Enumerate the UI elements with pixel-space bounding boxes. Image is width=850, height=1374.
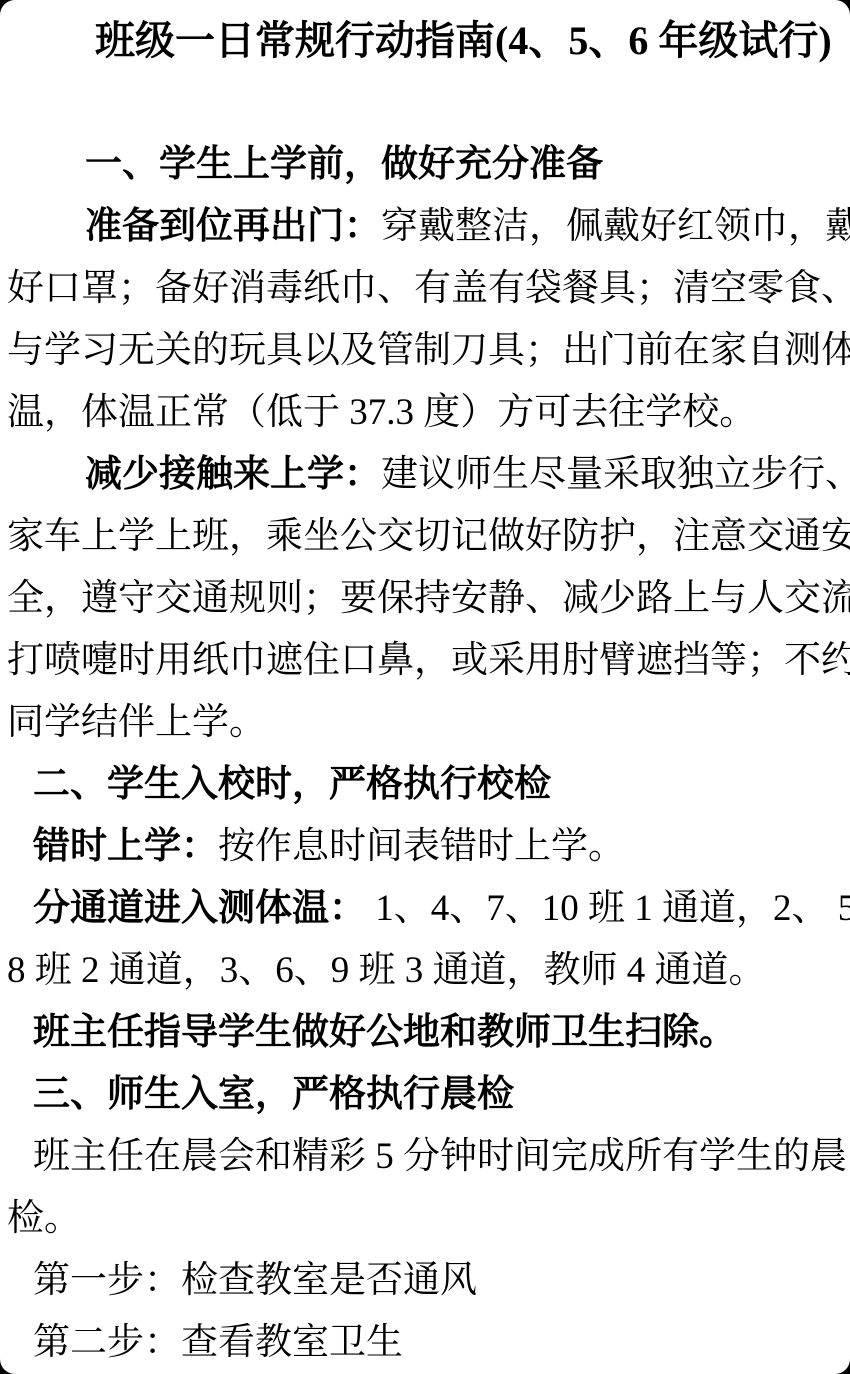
document-line: 打喷嚏时用纸巾遮住口鼻，或采用肘臂遮挡等；不约 [7, 630, 843, 692]
document-text-bold: 减少接触来上学： [85, 454, 381, 495]
document-text: 温，体温正常（低于 37.3 度）方可去往学校。 [7, 392, 756, 433]
document-line: 准备到位再出门：穿戴整洁，佩戴好红领巾，戴 [7, 196, 843, 258]
document-line: 检。 [7, 1188, 843, 1250]
document-text: 打喷嚏时用纸巾遮住口鼻，或采用肘臂遮挡等；不约 [7, 640, 850, 681]
document-text: 好口罩；备好消毒纸巾、有盖有袋餐具；清空零食、 [7, 268, 850, 309]
document-line: 一、学生上学前，做好充分准备 [7, 134, 843, 196]
document-page: 班级一日常规行动指南(4、5、6 年级试行) 一、学生上学前，做好充分准备准备到… [0, 0, 850, 1374]
document-line: 8 班 2 通道，3、6、9 班 3 通道，教师 4 通道。 [7, 940, 843, 1002]
document-body: 一、学生上学前，做好充分准备准备到位再出门：穿戴整洁，佩戴好红领巾，戴好口罩；备… [7, 134, 843, 1374]
document-text: 建议师生尽量采取独立步行、私 [381, 454, 850, 495]
document-line: 减少接触来上学：建议师生尽量采取独立步行、私 [7, 444, 843, 506]
document-line: 温，体温正常（低于 37.3 度）方可去往学校。 [7, 382, 843, 444]
document-text: 穿戴整洁，佩戴好红领巾，戴 [381, 206, 850, 247]
document-line: 班主任在晨会和精彩 5 分钟时间完成所有学生的晨 [7, 1126, 843, 1188]
document-line: 错时上学：按作息时间表错时上学。 [7, 816, 843, 878]
document-text: 同学结伴上学。 [7, 702, 266, 743]
document-text: 班主任在晨会和精彩 5 分钟时间完成所有学生的晨 [33, 1136, 847, 1177]
document-text: 家车上学上班，乘坐公交切记做好防护，注意交通安 [7, 516, 850, 557]
document-line: 班主任指导学生做好公地和教师卫生扫除。 [7, 1002, 843, 1064]
document-text-bold: 分通道进入测体温： [33, 888, 366, 929]
document-title: 班级一日常规行动指南(4、5、6 年级试行) [7, 12, 843, 70]
document-text: 8 班 2 通道，3、6、9 班 3 通道，教师 4 通道。 [7, 950, 766, 991]
document-text-bold: 二、学生入校时，严格执行校检 [33, 764, 551, 805]
document-text-bold: 一、学生上学前，做好充分准备 [85, 144, 603, 185]
document-text: 按作息时间表错时上学。 [218, 826, 625, 867]
document-text-bold: 错时上学： [33, 826, 218, 867]
document-text-bold: 三、师生入室，严格执行晨检 [33, 1074, 514, 1115]
document-line: 三、师生入室，严格执行晨检 [7, 1064, 843, 1126]
document-line: 第一步：检查教室是否通风 [7, 1250, 843, 1312]
document-line: 全，遵守交通规则；要保持安静、减少路上与人交流， [7, 568, 843, 630]
document-line: 与学习无关的玩具以及管制刀具；出门前在家自测体 [7, 320, 843, 382]
document-line: 家车上学上班，乘坐公交切记做好防护，注意交通安 [7, 506, 843, 568]
document-text: 第二步：查看教室卫生 [33, 1322, 403, 1363]
document-text: 第一步：检查教室是否通风 [33, 1260, 477, 1301]
document-line: 第二步：查看教室卫生 [7, 1312, 843, 1374]
document-text: 1、4、7、10 班 1 通道，2、 5、 [366, 888, 850, 929]
document-line: 分通道进入测体温： 1、4、7、10 班 1 通道，2、 5、 [7, 878, 843, 940]
document-line: 好口罩；备好消毒纸巾、有盖有袋餐具；清空零食、 [7, 258, 843, 320]
document-text-bold: 班主任指导学生做好公地和教师卫生扫除。 [33, 1012, 736, 1053]
document-text: 检。 [7, 1198, 81, 1239]
document-text: 全，遵守交通规则；要保持安静、减少路上与人交流， [7, 578, 850, 619]
document-text: 与学习无关的玩具以及管制刀具；出门前在家自测体 [7, 330, 850, 371]
document-line: 同学结伴上学。 [7, 692, 843, 754]
document-line: 二、学生入校时，严格执行校检 [7, 754, 843, 816]
document-text-bold: 准备到位再出门： [85, 206, 381, 247]
